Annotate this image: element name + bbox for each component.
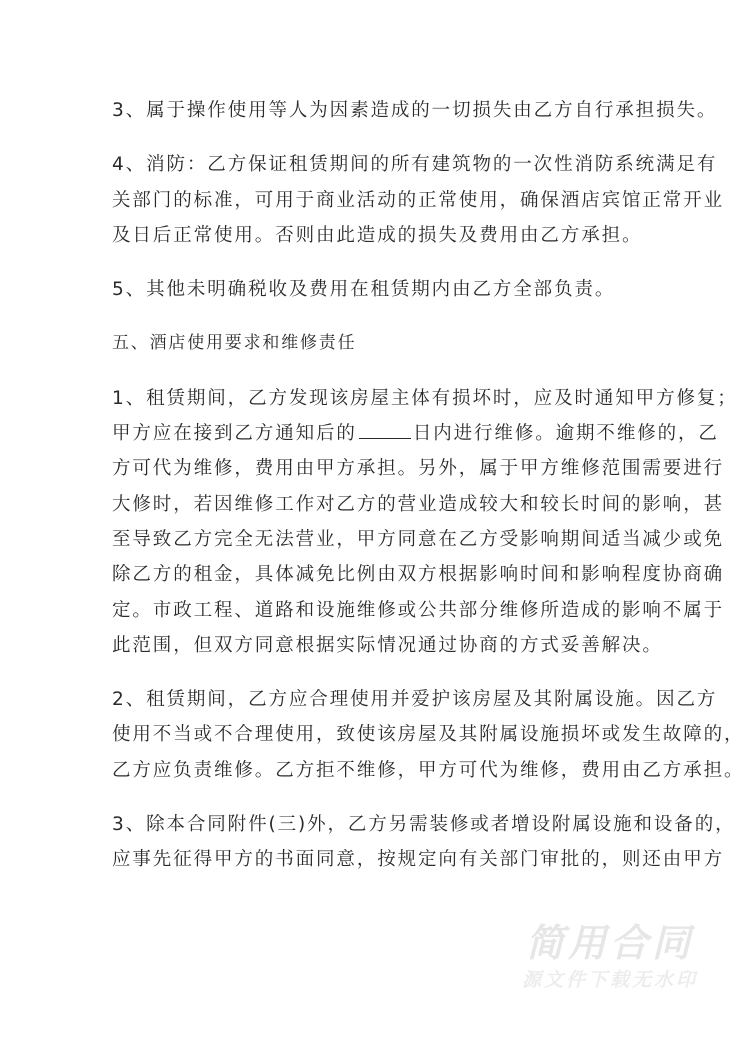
text-line: 方可代为维修，费用由甲方承担。另外，属于甲方维修范围需要进行 [112,451,674,486]
text-line: 5、其他未明确税收及费用在租赁期内由乙方全部负责。 [112,272,674,307]
text-line: 关部门的标准，可用于商业活动的正常使用，确保酒店宾馆正常开业 [112,183,674,218]
text-fragment: 甲方应在接到乙方通知后的 [112,423,357,444]
text-line: 及日后正常使用。否则由此造成的损失及费用由乙方承担。 [112,218,674,253]
clause-4-fire-safety: 4、消防：乙方保证租赁期间的所有建筑物的一次性消防系统满足有 关部门的标准，可用… [112,147,674,253]
section-5-clause-2: 2、租赁期间，乙方应合理使用并爱护该房屋及其附属设施。因乙方 使用不当或不合理使… [112,682,674,788]
text-line: 4、消防：乙方保证租赁期间的所有建筑物的一次性消防系统满足有 [112,147,674,182]
section-heading: 五、酒店使用要求和维修责任 [112,326,674,361]
text-line: 至导致乙方完全无法营业，甲方同意在乙方受影响期间适当减少或免 [112,522,674,557]
watermark-subtitle: 源文件下载无水印 [510,966,710,994]
watermark: 简用合同 源文件下载无水印 [510,920,710,994]
text-line: 甲方应在接到乙方通知后的日内进行维修。逾期不维修的，乙 [112,416,674,451]
blank-days-field [359,422,411,439]
text-line: 3、属于操作使用等人为因素造成的一切损失由乙方自行承担损失。 [112,93,674,128]
text-fragment: 日内进行维修。逾期不维修的，乙 [413,423,719,444]
section-5-clause-1: 1、租赁期间，乙方发现该房屋主体有损坏时，应及时通知甲方修复； 甲方应在接到乙方… [112,381,674,663]
watermark-title: 简用合同 [510,920,710,966]
text-line: 除乙方的租金，具体减免比例由双方根据影响时间和影响程度协商确 [112,557,674,592]
text-line: 乙方应负责维修。乙方拒不维修，甲方可代为维修，费用由乙方承担。 [112,753,674,788]
text-line: 2、租赁期间，乙方应合理使用并爱护该房屋及其附属设施。因乙方 [112,682,674,717]
text-line: 3、除本合同附件(三)外，乙方另需装修或者增设附属设施和设备的， [112,807,674,842]
text-line: 此范围，但双方同意根据实际情况通过协商的方式妥善解决。 [112,628,674,663]
text-line: 大修时，若因维修工作对乙方的营业造成较大和较长时间的影响，甚 [112,487,674,522]
text-line: 应事先征得甲方的书面同意，按规定向有关部门审批的，则还由甲方 [112,842,674,877]
document-page: 3、属于操作使用等人为因素造成的一切损失由乙方自行承担损失。 4、消防：乙方保证… [0,0,742,1049]
text-line: 定。市政工程、道路和设施维修或公共部分维修所造成的影响不属于 [112,593,674,628]
clause-5-taxes: 5、其他未明确税收及费用在租赁期内由乙方全部负责。 [112,272,674,307]
section-title: 五、酒店使用要求和维修责任 [112,326,674,361]
document-body: 3、属于操作使用等人为因素造成的一切损失由乙方自行承担损失。 4、消防：乙方保证… [112,93,674,878]
text-line: 1、租赁期间，乙方发现该房屋主体有损坏时，应及时通知甲方修复； [112,381,674,416]
section-5-clause-3: 3、除本合同附件(三)外，乙方另需装修或者增设附属设施和设备的， 应事先征得甲方… [112,807,674,878]
text-line: 使用不当或不合理使用，致使该房屋及其附属设施损坏或发生故障的， [112,717,674,752]
clause-3-damage: 3、属于操作使用等人为因素造成的一切损失由乙方自行承担损失。 [112,93,674,128]
